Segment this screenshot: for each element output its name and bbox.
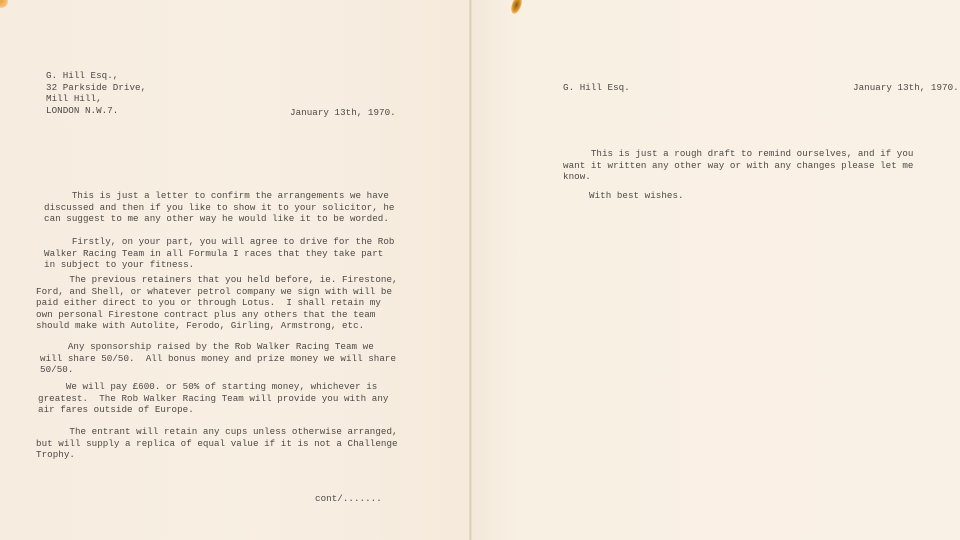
paragraph-cups: The entrant will retain any cups unless …: [36, 426, 398, 461]
paragraph-intro: This is just a letter to confirm the arr…: [44, 190, 395, 225]
paragraph-draft-note: This is just a rough draft to remind our…: [563, 148, 914, 183]
paragraph-payment: We will pay £600. or 50% of starting mon…: [38, 381, 389, 416]
recipient-address: G. Hill Esq., 32 Parkside Drive, Mill Hi…: [46, 70, 146, 116]
letter-date-page2: January 13th, 1970.: [853, 82, 959, 94]
page-seam: [469, 0, 472, 540]
paragraph-driving: Firstly, on your part, you will agree to…: [44, 236, 395, 271]
recipient-address-page2: G. Hill Esq.: [563, 82, 630, 94]
letter-date: January 13th, 1970.: [290, 107, 396, 119]
letter-page-right: [472, 0, 960, 540]
continuation-mark: cont/.......: [315, 493, 382, 505]
paragraph-retainers: The previous retainers that you held bef…: [36, 274, 398, 332]
closing-salutation: With best wishes.: [589, 190, 684, 202]
paragraph-sponsorship: Any sponsorship raised by the Rob Walker…: [40, 341, 396, 376]
